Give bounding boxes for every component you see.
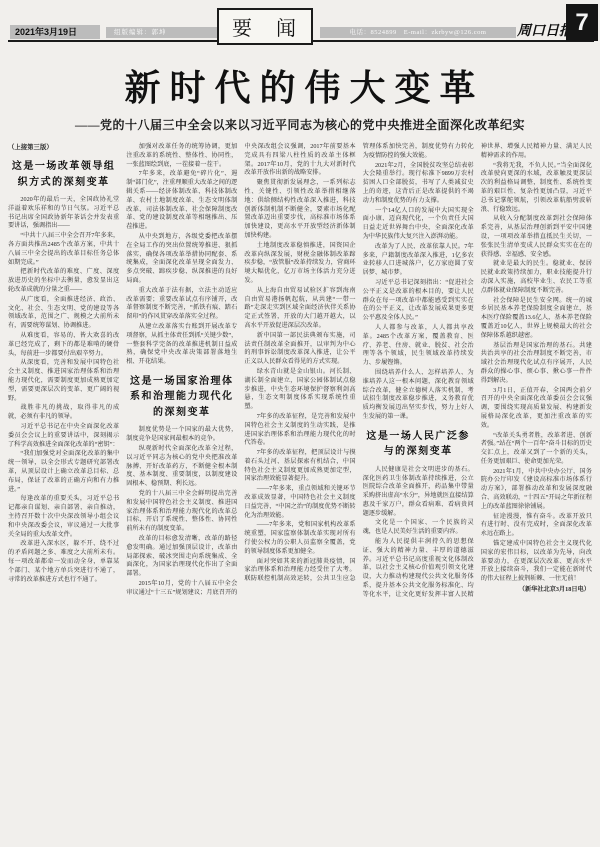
article-paragraph: 7年多的改革征程，把顶层设计与摸着石头过河、基层探索有机结合，中国特色社会主义制… <box>244 449 355 484</box>
section-heading: 这是一场人民广泛参与的深刻变革 <box>366 429 471 460</box>
article-paragraph: “中共十八届三中全会召开7年多来，各方面共推出2485个改革方案，中共十八届三中… <box>8 232 119 267</box>
paper-name: 周口日报 <box>517 20 567 40</box>
article-paragraph: 人民健康是社会文明进步的基石。深化医药卫生体制改革持续推进，公立医院综合改革全面… <box>363 466 474 519</box>
article-paragraph: 习近平总书记在中央全面深化改革委员会会议上的重要讲话中，深刻揭示了科学高效推进全… <box>8 423 119 449</box>
contact-info: 电话：8524899 E-mail：zkrbyw@126.com <box>320 27 516 38</box>
section-heading: 这是一场改革领导组织方式的深刻变革 <box>11 159 116 190</box>
article-paragraph: 2021年1月，中共中央办公厅、国务院办公厅印发《建设高标准市场体系行动方案》，… <box>481 468 592 512</box>
article-paragraph: 从广度看，全面推进经济、政治、文化、社会、生态文明、党的建设等各领域改革，范围之… <box>8 296 119 331</box>
article-paragraph: 3月1日，正值开春，全国两会前夕召开的中央全面深化改革委员会会议强调，要围绕实现… <box>481 387 592 431</box>
article-paragraph: 2021年2月，全国脱贫攻坚总结表彰大会隆重举行。现行标准下9899万农村贫困人… <box>363 162 474 206</box>
article-paragraph: “我们加强党对全面深化改革的集中统一领导，以全会形式专题研究部署改革，从顶层设计… <box>8 450 119 494</box>
article-paragraph: 改革为了人民、改革依靠人民。7年多来，户籍制度改革深入推进，1亿多农业转移人口进… <box>363 243 474 278</box>
article-subtitle: ——党的十八届三中全会以来以习近平同志为核心的党中央推进全面深化改革纪实 <box>0 116 600 133</box>
article-paragraph: 改革的目标愈发清晰，改革的路径愈发明确。通过加强顶层设计，改革由局部探索、破冰突… <box>126 535 237 579</box>
article-paragraph: 党的十八届三中全会鲜明提出完善和发展中国特色社会主义制度、推进国家治理体系和治理… <box>126 490 237 534</box>
article-paragraph: ——7年多来，党和国家机构改革系统重塑，国家监察体制改革实现对所有行使公权力的公… <box>244 521 355 556</box>
section-heading: 这是一场国家治理体系和治理能力现代化的深刻变革 <box>129 374 234 421</box>
dateline: （新华社北京3月18日电） <box>481 586 592 595</box>
article-paragraph: 战胜非凡的挑战，取得非凡的成就，必须有非凡的领导。 <box>8 404 119 422</box>
article-paragraph: 社会保障是民生安全网。统一的城乡居民基本养老保险制度全面建立，基本医疗保险覆盖1… <box>481 297 592 341</box>
article-paragraph: 从难度看，容易的、皆大欢喜的改革已经完成了，剩下的都是难啃的硬骨头，每前进一步都… <box>8 332 119 358</box>
article-paragraph: 加强对改革任务的统筹协调，更加注重改革的系统性、整体性、协同性，一张蓝图绘到底，… <box>126 143 237 169</box>
article-columns: （上接第三版）这是一场改革领导组织方式的深刻变革2020年的最后一天，全国政协礼… <box>8 143 592 600</box>
article-paragraph: 从中央到地方，各级党委把改革摆在全局工作的突出位置统筹推进、狠抓落实，确保各项改… <box>126 233 237 286</box>
continued-note: （上接第三版） <box>8 143 119 152</box>
article-headline: 新时代的伟大变革 <box>0 60 600 111</box>
article-paragraph: 聚焦贯彻新发展理念，一系列标志性、关键性、引领性改革举措相继落地：供给侧结构性改… <box>244 179 355 241</box>
article-paragraph: 重大改革于法有据，立法主动适应改革需要；重要改革试点有序铺开，改革督察制度不断完… <box>126 287 237 322</box>
article-paragraph: 锚定建成中国特色社会主义现代化国家的宏伟目标，以改革为先导，向改革要动力，在更深… <box>481 540 592 584</box>
article-paragraph: 从上海自由贸易试验区扩容到海南自由贸易港扬帆起航，从共建“一带一路”走深走实到区… <box>244 287 355 331</box>
page-number-box: 7 <box>566 4 598 41</box>
article-paragraph: 纵观新时代全面深化改革全过程，以习近平同志为核心的党中央把准改革脉搏、开好改革药… <box>126 445 237 489</box>
editor-note: 组版编辑：郭坤 <box>106 27 224 38</box>
article-paragraph: 7年多的改革征程，是完善和发展中国特色社会主义制度的生动实践，是推进国家治理体系… <box>244 413 355 448</box>
article-paragraph: 把新时代改革的难度、广度、深度放进历史的坐标中去衡量，愈发显出这轮改革成就的分量… <box>8 268 119 294</box>
article-paragraph: 从收入分配制度改革到社会保障体系完善，从基层治理创新到平安中国建设，一项项改革举… <box>481 215 592 259</box>
article-paragraph: 人人都参与改革，人人都共享改革。2485个改革方案，覆盖教育、医疗、养老、住房、… <box>363 324 474 368</box>
article-paragraph: 制度优势是一个国家的最大优势，制度竞争是国家间最根本的竞争。 <box>126 426 237 444</box>
section-title: 要 闻 <box>232 12 298 41</box>
article-paragraph: 围绕培养什么人、怎样培养人、为谁培养人这一根本问题，深化教育领域综合改革，健全立… <box>363 369 474 422</box>
article-paragraph: 文化是一个国家、一个民族的灵魂，也是人民美好生活的重要内容。 <box>363 519 474 537</box>
newspaper-page: 2021年3月19日 组版编辑：郭坤 要 闻 电话：8524899 E-mail… <box>0 0 600 847</box>
article-paragraph: 一个14亿人口的发展中大国实现全面小康、迈向现代化，一个负责任大国日益走近世界舞… <box>363 207 474 242</box>
article-paragraph: 从深度看，完善和发展中国特色社会主义制度、推进国家治理体系和治理能力现代化，需要… <box>8 359 119 403</box>
article-paragraph: 改革进入深水区，躲不开、绕不过的矛盾问题之多、难度之大前所未有。每一项改革都牵一… <box>8 540 119 584</box>
article-paragraph: 从建立改革落实台账到开展改革专项督察，从抓主体责任到抓“关键少数”，一整套科学完… <box>126 323 237 367</box>
page-number: 7 <box>575 9 588 37</box>
article-paragraph: 习近平总书记深刻指出：“促进社会公平正义是改革的根本目的，要让人民群众在每一项改… <box>363 279 474 323</box>
article-paragraph: 基层治理是国家治理的基石。共建共治共享的社会治理制度不断完善，市域社会治理现代化… <box>481 342 592 386</box>
article-paragraph: “改革关头勇者胜，改革者进、创新者强。”站在“两个一百年”奋斗目标的历史交汇点上… <box>481 432 592 467</box>
masthead: 2021年3月19日 组版编辑：郭坤 要 闻 电话：8524899 E-mail… <box>0 0 600 48</box>
article-paragraph: 7年多来，改革避免“碎片化”、遏制“部门化”，注重理顺重大改革之间的逻辑关系——… <box>126 170 237 232</box>
article-paragraph: ——7年多来，重点领域和关键环节改革成效显著，中国特色社会主义制度日益完善，“中… <box>244 485 355 520</box>
section-title-box: 要 闻 <box>217 8 313 45</box>
issue-date: 2021年3月19日 <box>10 25 100 39</box>
article-paragraph: 就业是最大的民生。稳就业、保居民就业政策持续加力，职业技能提升行动深入实施，高校… <box>481 260 592 295</box>
article-paragraph: 新中国第一部民法典颁布实施，司法责任制改革全面推开，以审判为中心的刑事诉讼制度改… <box>244 332 355 367</box>
article-paragraph: 绿水青山就是金山银山。河长制、湖长制全面建立，国家公园体制试点稳步推进，中央生态… <box>244 368 355 412</box>
article-paragraph: 征途漫漫，惟有奋斗。改革开放只有进行时、没有完成时，全面深化改革永远在路上。 <box>481 513 592 539</box>
article-paragraph: “我将无我，不负人民。”当全面深化改革驶向更深的水域，改革触及更深层次的利益格局… <box>481 162 592 215</box>
article-paragraph: 每逢改革的重要关头，习近平总书记都亲自谋划、亲自部署、亲自推动，主持召开数十次中… <box>8 495 119 539</box>
article-paragraph: 土地制度改革稳慎推进，国资国企改革向纵深发展，财税金融体制改革蹄疾步稳，“放管服… <box>244 242 355 286</box>
article-paragraph: 2020年的最后一天，全国政协礼堂洋溢着欢乐祥和的节日气氛。习近平总书记出席全国… <box>8 196 119 231</box>
